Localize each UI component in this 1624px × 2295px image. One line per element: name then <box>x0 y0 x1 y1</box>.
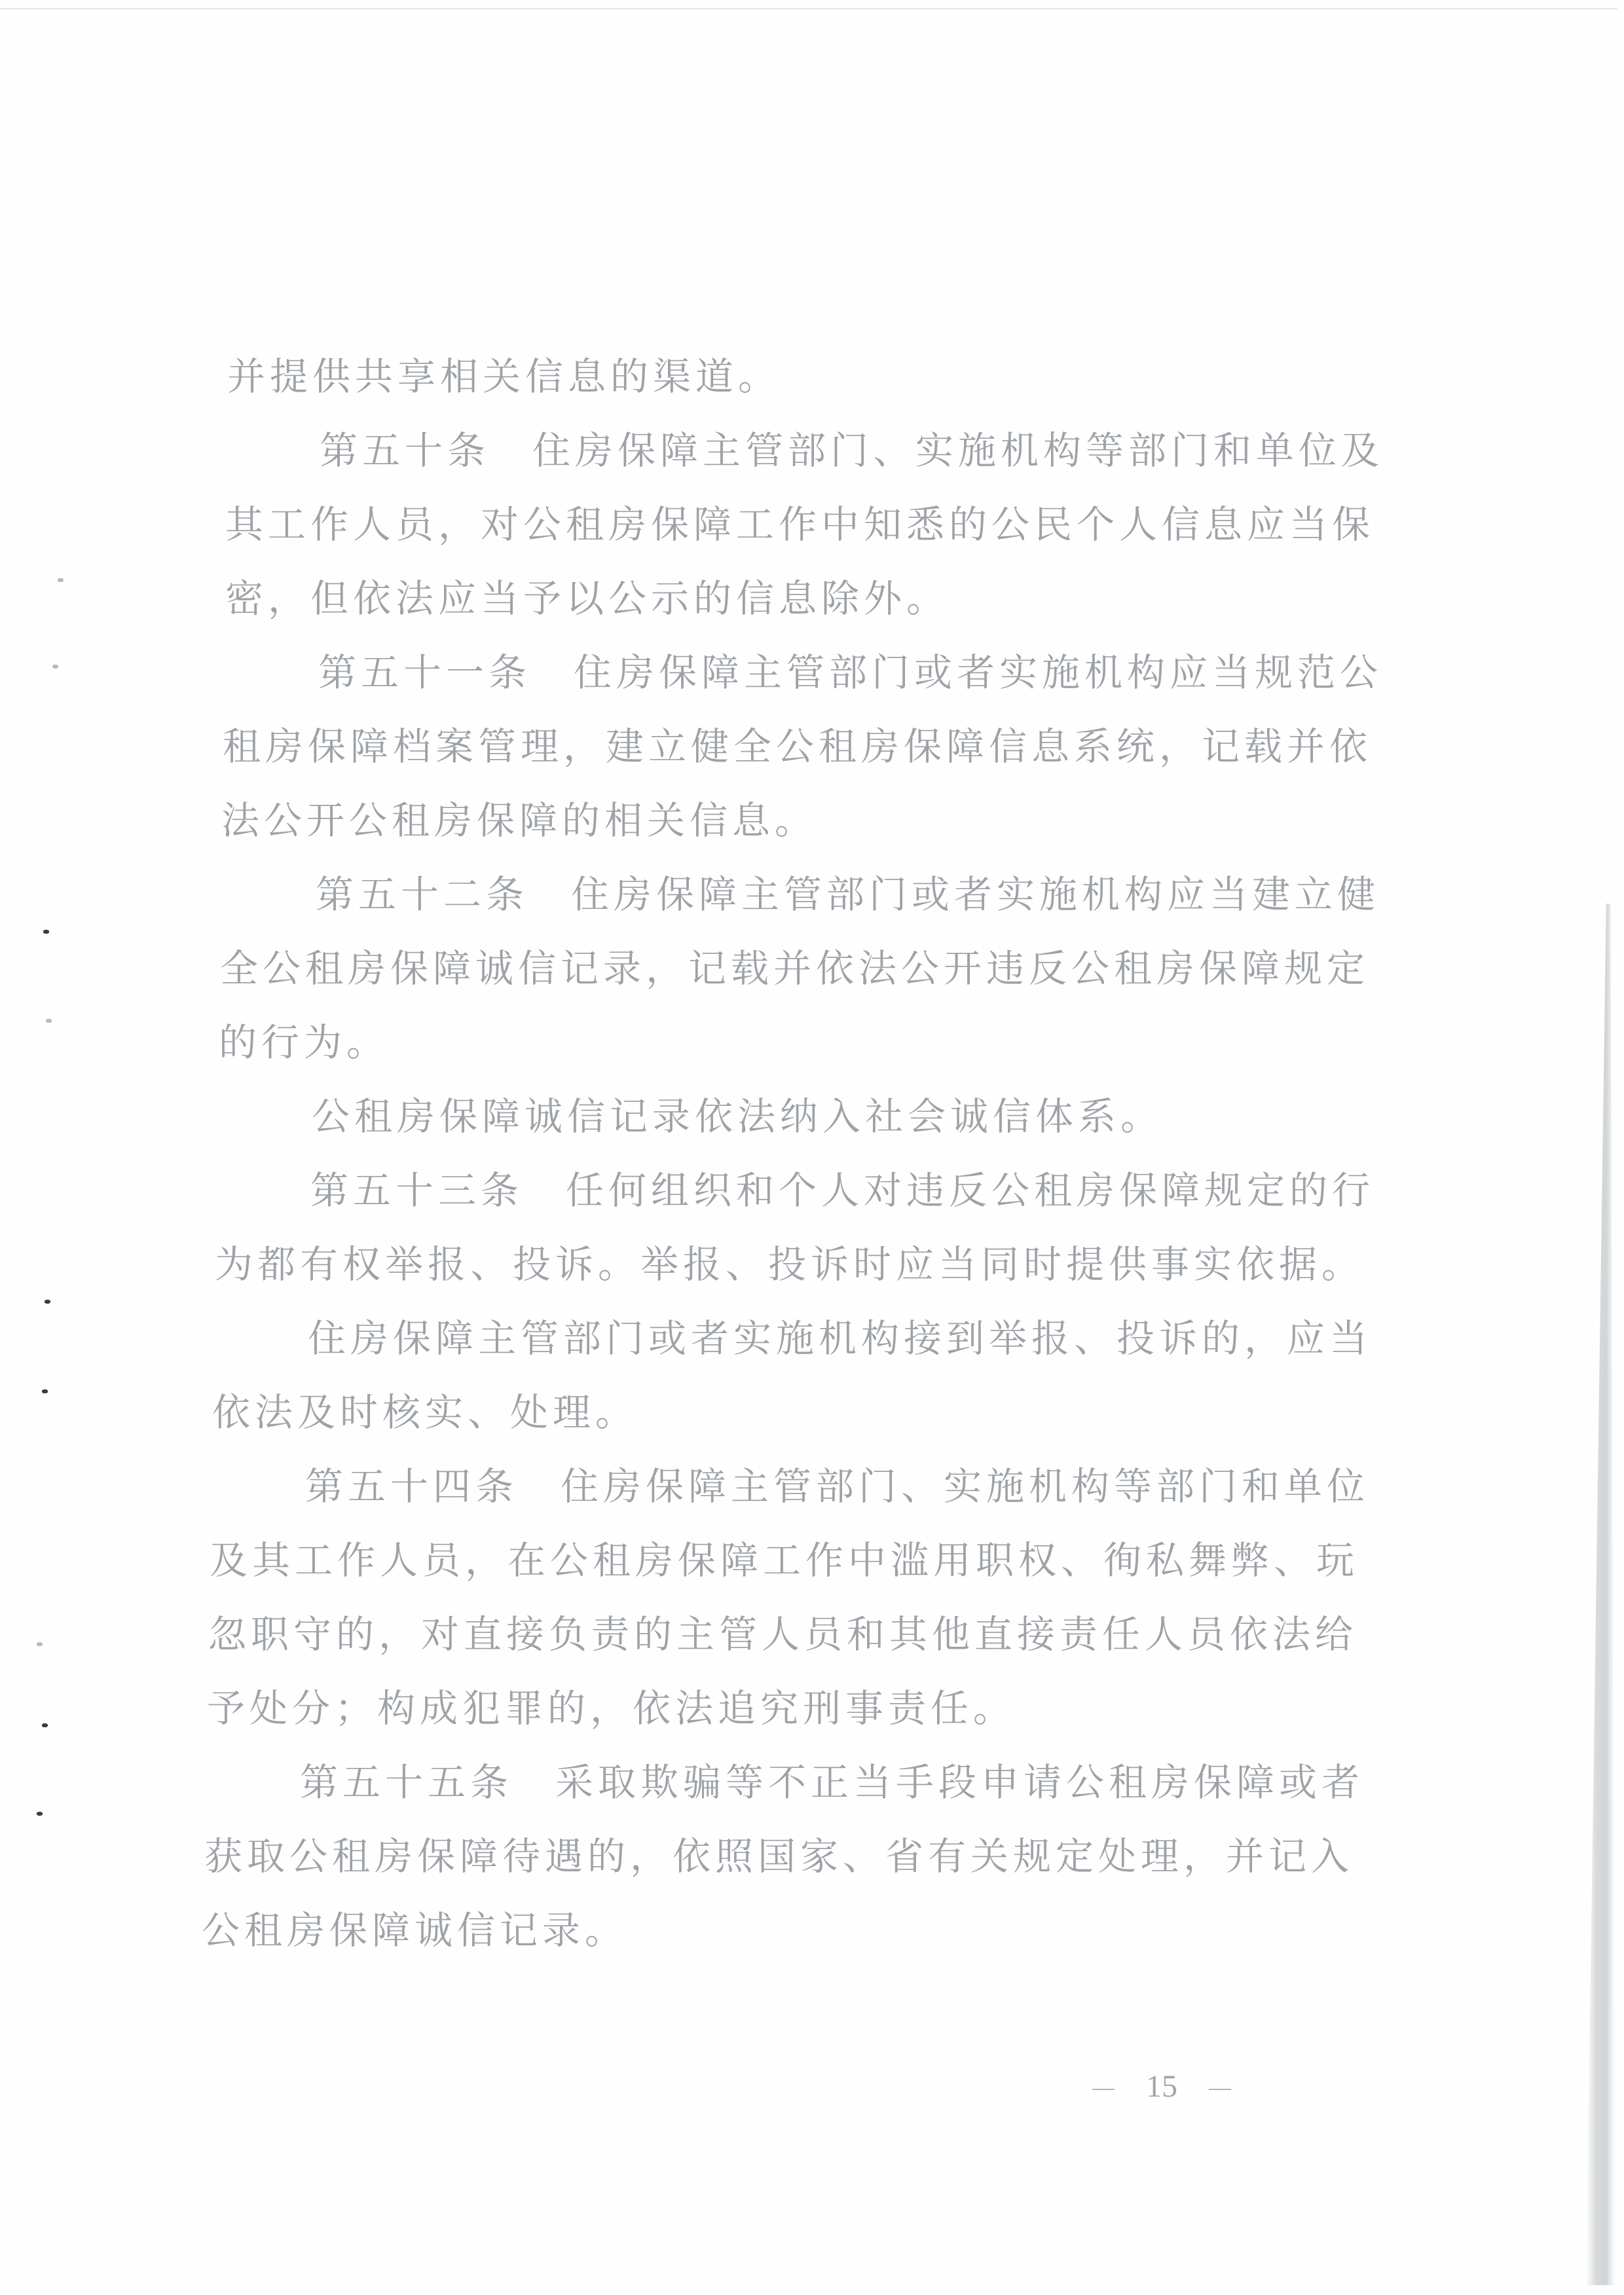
page-number-dash-left <box>1092 2089 1115 2090</box>
scan-margin-dot <box>52 665 58 669</box>
scan-margin-dot <box>45 1300 50 1304</box>
page-number: 15 <box>1092 2070 1231 2103</box>
scan-margin-dot <box>37 1812 43 1816</box>
text-line: 为都有权举报、投诉。举报、投诉时应当同时提供事实依据。 <box>215 1241 1364 1287</box>
text-line: 及其工作人员，在公租房保障工作中滥用职权、徇私舞弊、玩 <box>210 1537 1359 1583</box>
text-line: 公租房保障诚信记录。 <box>202 1907 627 1953</box>
scan-margin-dot <box>43 930 49 934</box>
text-line: 的行为。 <box>219 1019 389 1065</box>
text-line: 并提供共享相关信息的渠道。 <box>227 354 781 399</box>
scan-right-shadow <box>1586 904 1615 2285</box>
text-line: 密，但依法应当予以公示的信息除外。 <box>225 576 949 621</box>
text-line: 租房保障档案管理，建立健全公租房保障信息系统，记载并依 <box>223 724 1372 769</box>
text-line: 第五十四条 住房保障主管部门、实施机构等部门和单位 <box>305 1463 1369 1509</box>
scan-margin-dot <box>46 1019 52 1023</box>
text-line: 全公租房保障诚信记录，记载并依法公开违反公租房保障规定 <box>220 946 1369 991</box>
text-line: 依法及时核实、处理。 <box>212 1389 638 1435</box>
scan-margin-dot <box>42 1389 48 1393</box>
page-number-value: 15 <box>1146 2070 1177 2103</box>
scan-top-edge <box>0 8 1617 10</box>
text-line: 法公开公租房保障的相关信息。 <box>221 798 817 843</box>
text-line: 公租房保障诚信记录依法纳入社会诚信体系。 <box>312 1093 1163 1139</box>
text-line: 第五十一条 住房保障主管部门或者实施机构应当规范公 <box>318 650 1382 695</box>
text-line: 住房保障主管部门或者实施机构接到举报、投诉的，应当 <box>308 1315 1372 1361</box>
scan-margin-dot <box>37 1642 43 1646</box>
text-line: 获取公租房保障待遇的，依照国家、省有关规定处理，并记入 <box>204 1833 1354 1879</box>
text-line: 其工作人员，对公租房保障工作中知悉的公民个人信息应当保 <box>225 502 1375 547</box>
text-line: 忽职守的，对直接负责的主管人员和其他直接责任人员依法给 <box>208 1611 1357 1657</box>
document-page: 并提供共享相关信息的渠道。第五十条 住房保障主管部门、实施机构等部门和单位及其工… <box>0 0 1624 2295</box>
scan-margin-dot <box>58 578 64 582</box>
text-line: 第五十条 住房保障主管部门、实施机构等部门和单位及 <box>320 428 1384 473</box>
page-number-dash-right <box>1209 2089 1231 2090</box>
text-line: 第五十五条 采取欺骗等不正当手段申请公租房保障或者 <box>300 1759 1364 1805</box>
text-line: 予处分；构成犯罪的，依法追究刑事责任。 <box>207 1685 1016 1731</box>
scan-margin-dot <box>42 1723 48 1727</box>
text-line: 第五十二条 住房保障主管部门或者实施机构应当建立健 <box>316 872 1380 917</box>
text-line: 第五十三条 任何组织和个人对违反公租房保障规定的行 <box>310 1167 1375 1213</box>
